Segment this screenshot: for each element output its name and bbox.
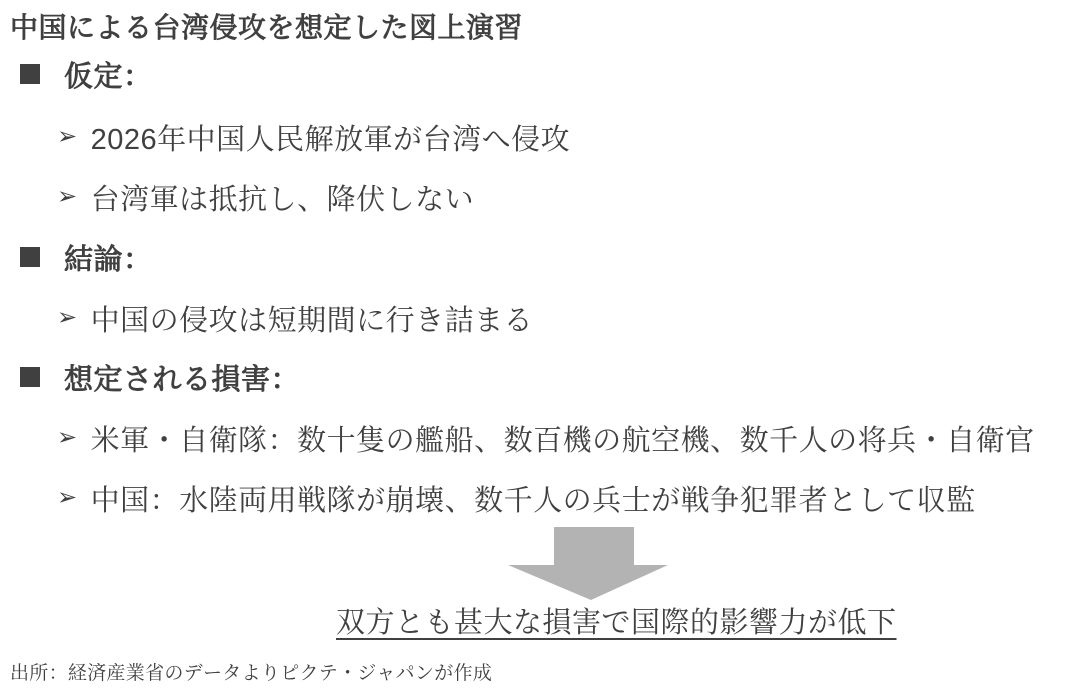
bullet-item: ➢ 2026年中国人民解放軍が台湾へ侵攻 <box>57 119 570 155</box>
bullet-item-text: 中国の侵攻は短期間に行き詰まる <box>91 298 534 339</box>
section-heading-label: 想定される損害： <box>64 357 300 398</box>
bullet-item: ➢ 中国：水陸両用戦隊が崩壊、数千人の兵士が戦争犯罪者として収監 <box>57 480 976 516</box>
bullet-item-text: 台湾軍は抵抗し、降伏しない <box>91 177 475 218</box>
down-arrow-icon <box>508 527 668 600</box>
square-bullet-icon <box>20 64 40 84</box>
section-heading-assumptions: 仮定： <box>20 57 153 91</box>
square-bullet-icon <box>20 367 40 387</box>
bullet-item-text: 米軍・自衛隊：数十隻の艦船、数百機の航空機、数千人の将兵・自衛官 <box>91 418 1035 459</box>
page-title: 中国による台湾侵攻を想定した図上演習 <box>10 6 523 46</box>
bullet-item: ➢ 台湾軍は抵抗し、降伏しない <box>57 179 474 215</box>
arrow-bullet-icon: ➢ <box>57 185 78 209</box>
slide: 中国による台湾侵攻を想定した図上演習 仮定： ➢ 2026年中国人民解放軍が台湾… <box>0 0 1069 690</box>
bullet-item-text: 2026年中国人民解放軍が台湾へ侵攻 <box>91 117 571 158</box>
bullet-item-text: 中国：水陸両用戦隊が崩壊、数千人の兵士が戦争犯罪者として収監 <box>91 478 976 519</box>
section-heading-label: 結論： <box>64 237 153 278</box>
conclusion-statement: 双方とも甚大な損害で国際的影響力が低下 <box>336 600 897 641</box>
source-note: 出所：経済産業省のデータよりピクテ・ジャパンが作成 <box>10 658 492 685</box>
arrow-bullet-icon: ➢ <box>57 426 78 450</box>
section-heading-damages: 想定される損害： <box>20 360 300 394</box>
bullet-item: ➢ 米軍・自衛隊：数十隻の艦船、数百機の航空機、数千人の将兵・自衛官 <box>57 420 1035 456</box>
arrow-bullet-icon: ➢ <box>57 306 78 330</box>
arrow-bullet-icon: ➢ <box>57 486 78 510</box>
bullet-item: ➢ 中国の侵攻は短期間に行き詰まる <box>57 300 533 336</box>
arrow-bullet-icon: ➢ <box>57 125 78 149</box>
section-heading-conclusion: 結論： <box>20 240 153 274</box>
section-heading-label: 仮定： <box>64 54 153 95</box>
square-bullet-icon <box>20 247 40 267</box>
